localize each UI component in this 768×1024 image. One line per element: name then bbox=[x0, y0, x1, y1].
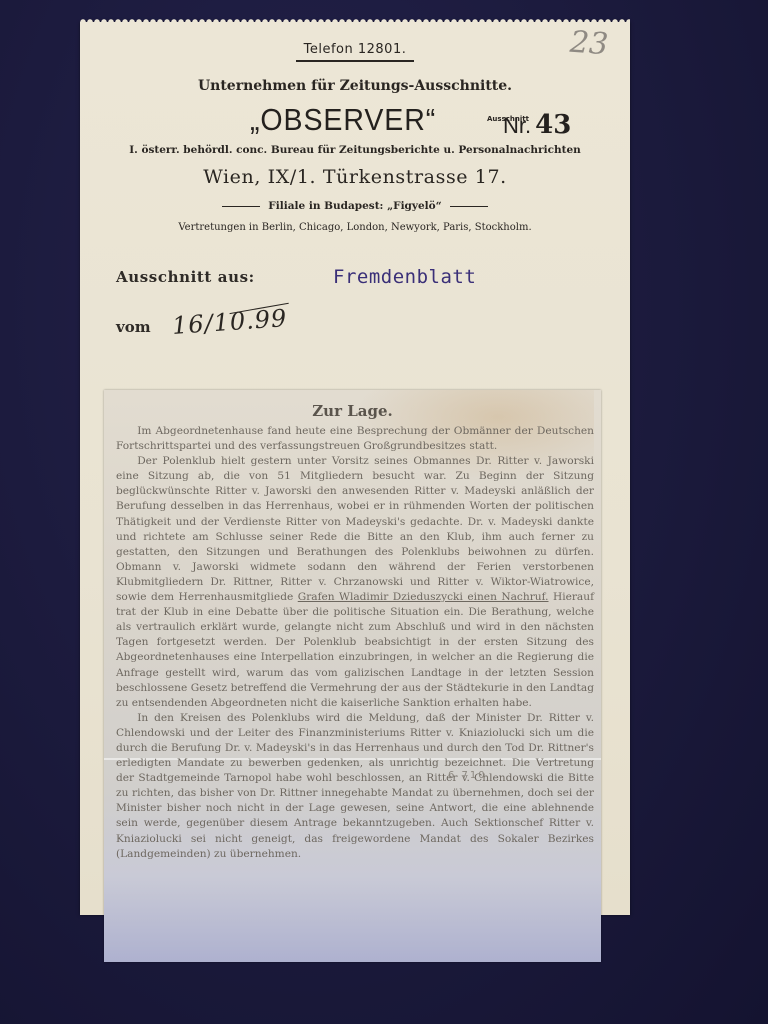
newspaper-clipping: Zur Lage. Im Abgeordnetenhause fand heut… bbox=[104, 390, 601, 962]
representations-line: Vertretungen in Berlin, Chicago, London,… bbox=[80, 222, 630, 233]
telephone-header: Telefon 12801. bbox=[80, 42, 630, 57]
company-line: Unternehmen für Zeitungs-Ausschnitte. bbox=[80, 78, 630, 94]
struck-text: Grafen Wladimir Dzieduszycki einen Nachr… bbox=[298, 591, 549, 603]
article-paragraph: In den Kreisen des Polenklubs wird die M… bbox=[116, 711, 594, 862]
clipping-number: Nr.43 bbox=[503, 110, 571, 140]
date-label: vom bbox=[116, 318, 151, 336]
brand-title: „OBSERVER“ bbox=[250, 102, 436, 138]
bureau-line: I. österr. behördl. conc. Bureau für Zei… bbox=[80, 144, 630, 156]
branch-line: Filiale in Budapest: „Figyelö“ bbox=[80, 200, 630, 212]
address-line: Wien, IX/1. Türkenstrasse 17. bbox=[80, 166, 630, 188]
source-stamp: Fremdenblatt bbox=[333, 266, 476, 288]
handwritten-date: 16/10.99 bbox=[171, 304, 288, 340]
article-body: Im Abgeordnetenhause fand heute eine Bes… bbox=[116, 424, 594, 862]
article-paragraph: Der Polenklub hielt gestern unter Vorsit… bbox=[116, 454, 594, 711]
stamp-number: 6 710 bbox=[448, 770, 487, 781]
divider bbox=[222, 206, 260, 207]
divider bbox=[450, 206, 488, 207]
article-title: Zur Lage. bbox=[104, 402, 601, 420]
source-label: Ausschnitt aus: bbox=[116, 268, 255, 286]
handwritten-page-number: 23 bbox=[569, 25, 610, 63]
article-paragraph: Im Abgeordnetenhause fand heute eine Bes… bbox=[116, 424, 594, 454]
